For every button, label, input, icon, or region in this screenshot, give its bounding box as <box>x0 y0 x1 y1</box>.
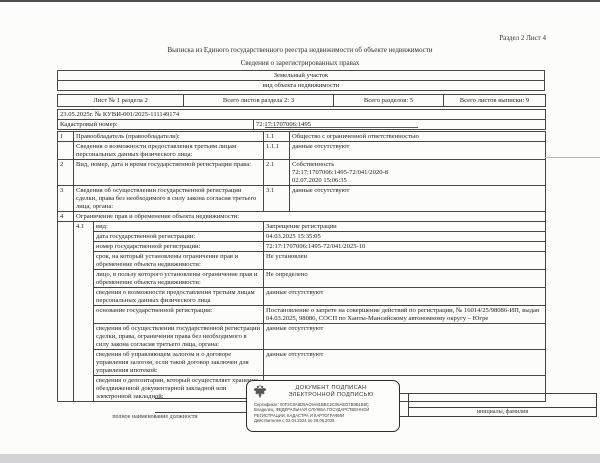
row-label: сведения о возможности предоставления тр… <box>94 288 264 306</box>
cadastral-number-label: Кадастровый номер: <box>58 120 254 130</box>
extract-sheets-total: Всего листов выписки: 9 <box>444 95 546 107</box>
row-number: 3 <box>58 186 74 212</box>
extract-date-number: 23.05.2025г. № КУВИ-001/2025-111149174 <box>58 110 546 120</box>
stamp-header: ДОКУМЕНТ ПОДПИСАН ЭЛЕКТРОННОЙ ПОДПИСЬЮ <box>247 381 399 400</box>
row-label: лицо, в пользу которого установлены огра… <box>94 270 264 288</box>
row-number: 2 <box>58 160 74 186</box>
table-row: срок, на который установлены ограничение… <box>58 252 546 270</box>
row-subnumber: 1.1 <box>264 132 290 142</box>
table-row: 3 Сведения об осуществлении государствен… <box>58 186 546 212</box>
table-row: вид объекта недвижимости <box>58 81 545 91</box>
stamp-title-line2: ЭЛЕКТРОННОЙ ПОДПИСЬЮ <box>267 392 395 399</box>
row-label: дата государственной регистрации: <box>94 232 264 242</box>
scan-artifact-line <box>265 127 418 128</box>
row-number <box>58 222 74 402</box>
table-row: дата государственной регистрации: 04.03.… <box>58 232 546 242</box>
signature-box-divider <box>408 407 597 408</box>
cadastral-number-value: 72:17:1707006:1495 <box>254 120 546 130</box>
table-row: 1 Правообладатель (правообладатели): 1.1… <box>58 132 546 142</box>
row-label: срок, на который установлены ограничение… <box>94 252 264 270</box>
table-row: сведения о возможности предоставления тр… <box>58 288 546 306</box>
stamp-title-line1: ДОКУМЕНТ ПОДПИСАН <box>267 385 395 392</box>
section-sheet-label: Раздел 2 Лист 4 <box>499 34 546 42</box>
row-subnumber: 3.1 <box>264 186 290 212</box>
screenshot-top-border <box>0 0 600 2</box>
table-row: сведения об управляющем залогом и о дого… <box>58 350 546 376</box>
sections-total: Всего разделов: 5 <box>334 95 444 107</box>
row-label: сведения об осуществлении государственно… <box>94 324 264 350</box>
object-type-caption: вид объекта недвижимости <box>58 81 545 91</box>
row-value: Запрещение регистрации <box>264 222 546 232</box>
signature-line <box>155 412 247 413</box>
row-subnumber: 2.1 <box>264 160 290 186</box>
row-value: Не установлен <box>264 252 546 270</box>
signature-line <box>155 398 247 399</box>
document-body: Земельный участок вид объекта недвижимос… <box>57 70 545 402</box>
table-row: 4 Ограничение прав и обременение объекта… <box>58 212 546 222</box>
row-label: сведения об управляющем залогом и о дого… <box>94 350 264 376</box>
row-value: данные отсутствуют <box>264 350 546 376</box>
digital-signature-stamp: ДОКУМЕНТ ПОДПИСАН ЭЛЕКТРОННОЙ ПОДПИСЬЮ С… <box>246 380 400 432</box>
stamp-title: ДОКУМЕНТ ПОДПИСАН ЭЛЕКТРОННОЙ ПОДПИСЬЮ <box>267 385 395 399</box>
object-type-value: Земельный участок <box>58 71 545 81</box>
row-number: 4 <box>58 212 74 222</box>
sheet-info-table: Лист № 1 раздела 2 Всего листов раздела … <box>57 94 546 107</box>
scan-artifact-line <box>545 157 600 158</box>
table-row: 23.05.2025г. № КУВИ-001/2025-111149174 <box>58 110 546 120</box>
table-row: 4.1 вид: Запрещение регистрации <box>58 222 546 232</box>
row-value: данные отсутствуют <box>264 324 546 350</box>
table-row: Кадастровый номер: 72:17:1707006:1495 <box>58 120 546 130</box>
row-value: Собственность 72:17:1707006:1495-72/041/… <box>290 160 546 186</box>
russia-coat-of-arms-icon <box>253 384 267 400</box>
row-number <box>58 142 74 160</box>
row-number: 1 <box>58 132 74 142</box>
row-label: вид: <box>94 222 264 232</box>
row-value: данные отсутствуют <box>290 186 546 212</box>
row-value: Общество с ограниченной ответственностью <box>290 132 546 142</box>
row-subnumber: 4.1 <box>74 222 94 402</box>
row-label: Сведения об осуществлении государственно… <box>74 186 264 212</box>
table-row: Земельный участок <box>58 71 545 81</box>
row-label: Ограничение прав и обременение объекта н… <box>74 212 546 222</box>
position-title-caption: полное наименование должности <box>85 414 225 420</box>
rights-table: 1 Правообладатель (правообладатели): 1.1… <box>57 131 546 402</box>
row-label: Вид, номер, дата и время государственной… <box>74 160 264 186</box>
table-row: номер государственной регистрации: 72:17… <box>58 242 546 252</box>
egrn-extract-page: Раздел 2 Лист 4 Выписка из Единого госуд… <box>0 0 600 463</box>
table-row: Сведения о возможности предоставления тр… <box>58 142 546 160</box>
document-title: Выписка из Единого государственного реес… <box>0 46 600 54</box>
row-value: Не определено <box>264 270 546 288</box>
initials-surname-caption: инициалы, фамилия <box>408 409 597 415</box>
row-label: Сведения о возможности предоставления тр… <box>74 142 264 160</box>
row-value: 72:17:1707006:1495-72/041/2025-10 <box>264 242 546 252</box>
stamp-validity: Действителен с 02.04.2024 по 26.06.2025 <box>254 418 395 423</box>
table-row: Лист № 1 раздела 2 Всего листов раздела … <box>58 95 546 107</box>
row-label: номер государственной регистрации: <box>94 242 264 252</box>
row-value: данные отсутствуют <box>264 288 546 306</box>
row-value: Постановление о запрете на совершение де… <box>264 306 546 324</box>
table-row: лицо, в пользу которого установлены огра… <box>58 270 546 288</box>
sheet-number: Лист № 1 раздела 2 <box>58 95 184 107</box>
object-type-table: Земельный участок вид объекта недвижимос… <box>57 70 545 91</box>
row-value: 04.03.2025 15:35:05 <box>264 232 546 242</box>
section-sheets-total: Всего листов раздела 2: 3 <box>184 95 334 107</box>
row-subnumber: 1.1.1 <box>264 142 290 160</box>
screenshot-bottom-border <box>0 454 600 463</box>
stamp-details: Сертификат: 00F2C6A8D9AC9A81BBC2C06AED7B… <box>247 400 399 424</box>
table-row: основание государственной регистрации: П… <box>58 306 546 324</box>
row-label: основание государственной регистрации: <box>94 306 264 324</box>
table-row: сведения об осуществлении государственно… <box>58 324 546 350</box>
row-label: Правообладатель (правообладатели): <box>74 132 264 142</box>
row-value: данные отсутствуют <box>290 142 546 160</box>
table-row: 2 Вид, номер, дата и время государственн… <box>58 160 546 186</box>
document-subtitle: Сведения о зарегистрированных правах <box>0 59 600 67</box>
